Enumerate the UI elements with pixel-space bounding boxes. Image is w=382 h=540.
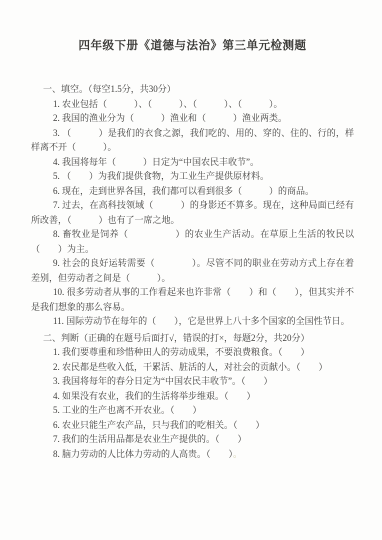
section-1-heading: 一、填空。（每空1.5分，共30分） [31,82,354,97]
judge-item-1: 1. 我们要尊重和珍惜种田人的劳动成果，不要浪费粮食。（ ） [31,345,354,360]
fill-item-11: 11. 国际劳动节在每年的（ ），它是世界上八十多个国家的全国性节日。 [31,314,354,329]
fill-item-4: 4. 我国将每年（ ）日定为“中国农民丰收节”。 [31,155,354,170]
fill-item-8: 8. 畜牧业是饲养（ ）的农业生产活动。在草原上生活的牧民以（ ）为主。 [31,227,354,256]
fill-item-5: 5. （ ）为我们提供食物，为工业生产提供原材料。 [31,169,354,184]
test-paper-page: 四年级下册《道德与法治》第三单元检测题 一、填空。（每空1.5分，共30分） 1… [0,0,382,540]
judge-item-2: 2. 农民都是些收入低，干累活、脏活的人，对社会的贡献小。（ ） [31,360,354,375]
section-true-false: 二、判断（正确的在题号后面打√，错误的打×，每题2分，共20分） 1. 我们要尊… [31,331,354,462]
judge-item-5: 5. 工业的生产也离不开农业。（ ） [31,403,354,418]
judge-item-8-text: 8. 脑力劳动的人比体力劳动的人高贵。（ ） [53,449,233,459]
section-2-heading: 二、判断（正确的在题号后面打√，错误的打×，每题2分，共20分） [31,331,354,346]
judge-item-8: 8. 脑力劳动的人比体力劳动的人高贵。（ ）。 [31,447,354,462]
judge-item-3: 3. 我国将每年的春分日定为“中国农民丰收节”。（ ） [31,374,354,389]
fill-item-3: 3. （ ）是我们的衣食之源，我们吃的、用的、穿的、住的、行的，样样离不开（ ）… [31,126,354,155]
fill-item-7: 7. 过去，在高科技领域（ ）的身影还不算多。现在，这种局面已经有所改善，（ ）… [31,198,354,227]
paper-title: 四年级下册《道德与法治》第三单元检测题 [31,40,354,53]
section-fill-in-blanks: 一、填空。（每空1.5分，共30分） 1. 农业包括（ ）、（ ）、（ ）、（ … [31,82,354,329]
stray-faint-mark: 。 [233,449,242,459]
fill-item-6: 6. 现在，走到世界各国，我们都可以看到很多（ ）的商品。 [31,184,354,199]
fill-item-9: 9. 社会的良好运转需要（ ）。尽管不同的职业在劳动方式上存在着差别，但劳动者之… [31,256,354,285]
fill-item-2: 2. 我国的渔业分为（ ）渔业和（ ）渔业两类。 [31,111,354,126]
judge-item-7: 7. 我们的生活用品都是农业生产提供的。（ ） [31,432,354,447]
judge-item-4: 4. 如果没有农业，我们的生活将举步维艰。（ ） [31,389,354,404]
fill-item-1: 1. 农业包括（ ）、（ ）、（ ）、（ ）。 [31,97,354,112]
fill-item-10: 10. 很多劳动者从事的工作看起来也许非常（ ）和（ ），但其实并不是我们想象的… [31,285,354,314]
judge-item-6: 6. 农业只能生产农产品，只与我们的吃相关。（ ） [31,418,354,433]
